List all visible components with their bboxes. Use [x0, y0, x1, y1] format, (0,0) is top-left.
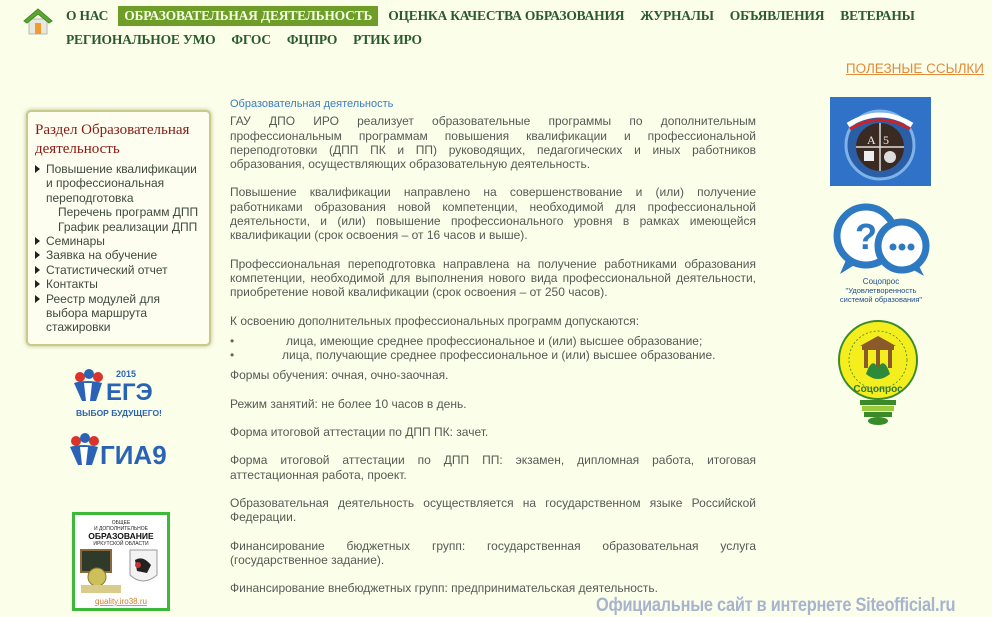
quality-banner-graphic: ОБЩЕЕ И ДОПОЛНИТЕЛЬНОЕ ОБРАЗОВАНИЕ ИРКУТ… — [75, 515, 167, 608]
olympiad-emblem-logo[interactable]: А 5 — [830, 97, 931, 186]
main-navigation: О НАС ОБРАЗОВАТЕЛЬНАЯ ДЕЯТЕЛЬНОСТЬ ОЦЕНК… — [60, 5, 980, 53]
svg-text:Соцопрос: Соцопрос — [853, 384, 903, 395]
paragraph-budget-funding: Финансирование бюджетных групп: государс… — [230, 539, 756, 568]
paragraph-retraining: Профессиональная переподготовка направле… — [230, 257, 756, 300]
survey-bulb-logo[interactable]: Соцопрос — [828, 318, 928, 426]
triangle-bullet-icon — [35, 251, 40, 259]
sidebar-list: Повышение квалификации и профессиональна… — [35, 162, 203, 335]
svg-text:2015: 2015 — [116, 369, 136, 379]
watermark: Официальные сайт в интернете Siteofficia… — [596, 595, 955, 617]
svg-text:ВЫБОР БУДУЩЕГО!: ВЫБОР БУДУЩЕГО! — [76, 408, 162, 418]
paragraph-admission: К освоению дополнительных профессиональн… — [230, 314, 756, 328]
svg-text:quality.iro38.ru: quality.iro38.ru — [95, 597, 147, 606]
admission-list: лица, имеющие среднее профессиональное и… — [230, 334, 756, 363]
nav-row-1: О НАС ОБРАЗОВАТЕЛЬНАЯ ДЕЯТЕЛЬНОСТЬ ОЦЕНК… — [60, 5, 980, 27]
useful-links-link[interactable]: ПОЛЕЗНЫЕ ССЫЛКИ — [846, 61, 984, 76]
triangle-bullet-icon — [35, 280, 40, 288]
paragraph-attestation-pp: Форма итоговой аттестации по ДПП ПП: экз… — [230, 453, 756, 482]
svg-text:ИРКУТСКОЙ ОБЛАСТИ: ИРКУТСКОЙ ОБЛАСТИ — [93, 539, 149, 547]
paragraph-schedule: Режим занятий: не более 10 часов в день. — [230, 397, 756, 411]
svg-text:?: ? — [855, 216, 877, 257]
sidebar-item-seminars[interactable]: Семинары — [35, 234, 203, 248]
survey-satisfaction-logo[interactable]: ? Соцопрос "Удовлетворенность системой о… — [826, 200, 936, 305]
triangle-bullet-icon — [35, 266, 40, 274]
paragraph-study-forms: Формы обучения: очная, очно-заочная. — [230, 368, 756, 382]
sidebar-section-menu: Раздел Образовательная деятельность Повы… — [26, 110, 211, 346]
sidebar-item-program-list[interactable]: Перечень программ ДПП — [35, 205, 203, 219]
nav-fcpro[interactable]: ФЦПРО — [281, 30, 343, 50]
nav-education[interactable]: ОБРАЗОВАТЕЛЬНАЯ ДЕЯТЕЛЬНОСТЬ — [118, 6, 378, 26]
svg-text:"Удовлетворенность: "Удовлетворенность — [846, 286, 917, 295]
paragraph-extra-funding: Финансирование внебюджетных групп: предп… — [230, 581, 756, 595]
sidebar-item-module-registry[interactable]: Реестр модулей для выбора маршрута стажи… — [35, 292, 203, 335]
svg-text:системой образования": системой образования" — [840, 295, 923, 304]
nav-fgos[interactable]: ФГОС — [225, 30, 276, 50]
paragraph-attestation-pk: Форма итоговой аттестации по ДПП ПК: зач… — [230, 425, 756, 439]
triangle-bullet-icon — [35, 295, 40, 303]
svg-text:ГИА9: ГИА9 — [100, 440, 167, 468]
nav-about[interactable]: О НАС — [60, 6, 114, 26]
paragraph-intro: ГАУ ДПО ИРО реализует образовательные пр… — [230, 114, 756, 171]
sidebar-item-statistics[interactable]: Статистический отчет — [35, 263, 203, 277]
sidebar-item-qualification[interactable]: Повышение квалификации и профессиональна… — [35, 162, 203, 205]
triangle-bullet-icon — [35, 165, 40, 173]
sidebar-item-contacts[interactable]: Контакты — [35, 277, 203, 291]
nav-veterans[interactable]: ВЕТЕРАНЫ — [834, 6, 920, 26]
quality-education-banner[interactable]: ОБЩЕЕ И ДОПОЛНИТЕЛЬНОЕ ОБРАЗОВАНИЕ ИРКУТ… — [72, 512, 170, 611]
svg-text:Соцопрос: Соцопрос — [863, 277, 899, 286]
sidebar-item-application[interactable]: Заявка на обучение — [35, 248, 203, 262]
nav-quality[interactable]: ОЦЕНКА КАЧЕСТВА ОБРАЗОВАНИЯ — [382, 6, 630, 26]
admission-item: лица, получающие среднее профессионально… — [230, 348, 756, 362]
nav-journals[interactable]: ЖУРНАЛЫ — [634, 6, 719, 26]
breadcrumb[interactable]: Образовательная деятельность — [230, 97, 756, 111]
paragraph-language: Образовательная деятельность осуществляе… — [230, 496, 756, 525]
nav-regional-umo[interactable]: РЕГИОНАЛЬНОЕ УМО — [60, 30, 221, 50]
paragraph-qualification: Повышение квалификации направлено на сов… — [230, 185, 756, 242]
nav-rtik-iro[interactable]: РТИК ИРО — [347, 30, 428, 50]
gia9-logo[interactable]: ГИА9 — [68, 432, 174, 468]
nav-row-2: РЕГИОНАЛЬНОЕ УМО ФГОС ФЦПРО РТИК ИРО — [60, 29, 980, 51]
admission-item: лица, имеющие среднее профессиональное и… — [230, 334, 756, 348]
svg-text:5: 5 — [883, 133, 889, 147]
svg-text:ЕГЭ: ЕГЭ — [106, 379, 153, 406]
ege-logo[interactable]: 2015 ЕГЭ ВЫБОР БУДУЩЕГО! — [72, 365, 172, 419]
triangle-bullet-icon — [35, 237, 40, 245]
home-icon[interactable] — [22, 6, 54, 36]
nav-announcements[interactable]: ОБЪЯВЛЕНИЯ — [724, 6, 830, 26]
sidebar-title: Раздел Образовательная деятельность — [35, 121, 203, 159]
sidebar-item-schedule[interactable]: График реализации ДПП — [35, 220, 203, 234]
svg-text:А: А — [867, 133, 876, 147]
main-content: Образовательная деятельность ГАУ ДПО ИРО… — [230, 97, 756, 609]
svg-text:ОБРАЗОВАНИЕ: ОБРАЗОВАНИЕ — [88, 531, 154, 541]
